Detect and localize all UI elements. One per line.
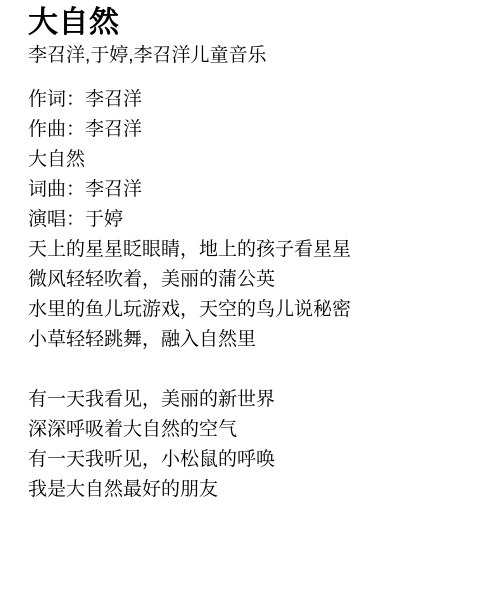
- page-title: 大自然: [28, 5, 480, 41]
- lyric-line: 天上的星星眨眼睛，地上的孩子看星星: [28, 235, 480, 265]
- lyric-line: 有一天我看见，美丽的新世界: [28, 385, 480, 415]
- credit-line-songname: 大自然: [28, 145, 480, 175]
- credit-line-lyricist: 作词：李召洋: [28, 85, 480, 115]
- lyric-line-blank: [28, 355, 480, 385]
- lyric-line: 微风轻轻吹着，美丽的蒲公英: [28, 265, 480, 295]
- lyric-line: 我是大自然最好的朋友: [28, 475, 480, 505]
- lyric-line: 小草轻轻跳舞，融入自然里: [28, 325, 480, 355]
- credit-line-composer: 作曲：李召洋: [28, 115, 480, 145]
- credit-line-singer: 演唱：于婷: [28, 205, 480, 235]
- lyrics-block: 作词：李召洋 作曲：李召洋 大自然 词曲：李召洋 演唱：于婷 天上的星星眨眼睛，…: [28, 85, 480, 505]
- lyric-line: 有一天我听见，小松鼠的呼唤: [28, 445, 480, 475]
- credit-line-words-music: 词曲：李召洋: [28, 175, 480, 205]
- artists-line: 李召洋,于婷,李召洋儿童音乐: [28, 43, 480, 69]
- lyric-line: 深深呼吸着大自然的空气: [28, 415, 480, 445]
- lyric-line: 水里的鱼儿玩游戏，天空的鸟儿说秘密: [28, 295, 480, 325]
- lyrics-page: 大自然 李召洋,于婷,李召洋儿童音乐 作词：李召洋 作曲：李召洋 大自然 词曲：…: [0, 0, 500, 505]
